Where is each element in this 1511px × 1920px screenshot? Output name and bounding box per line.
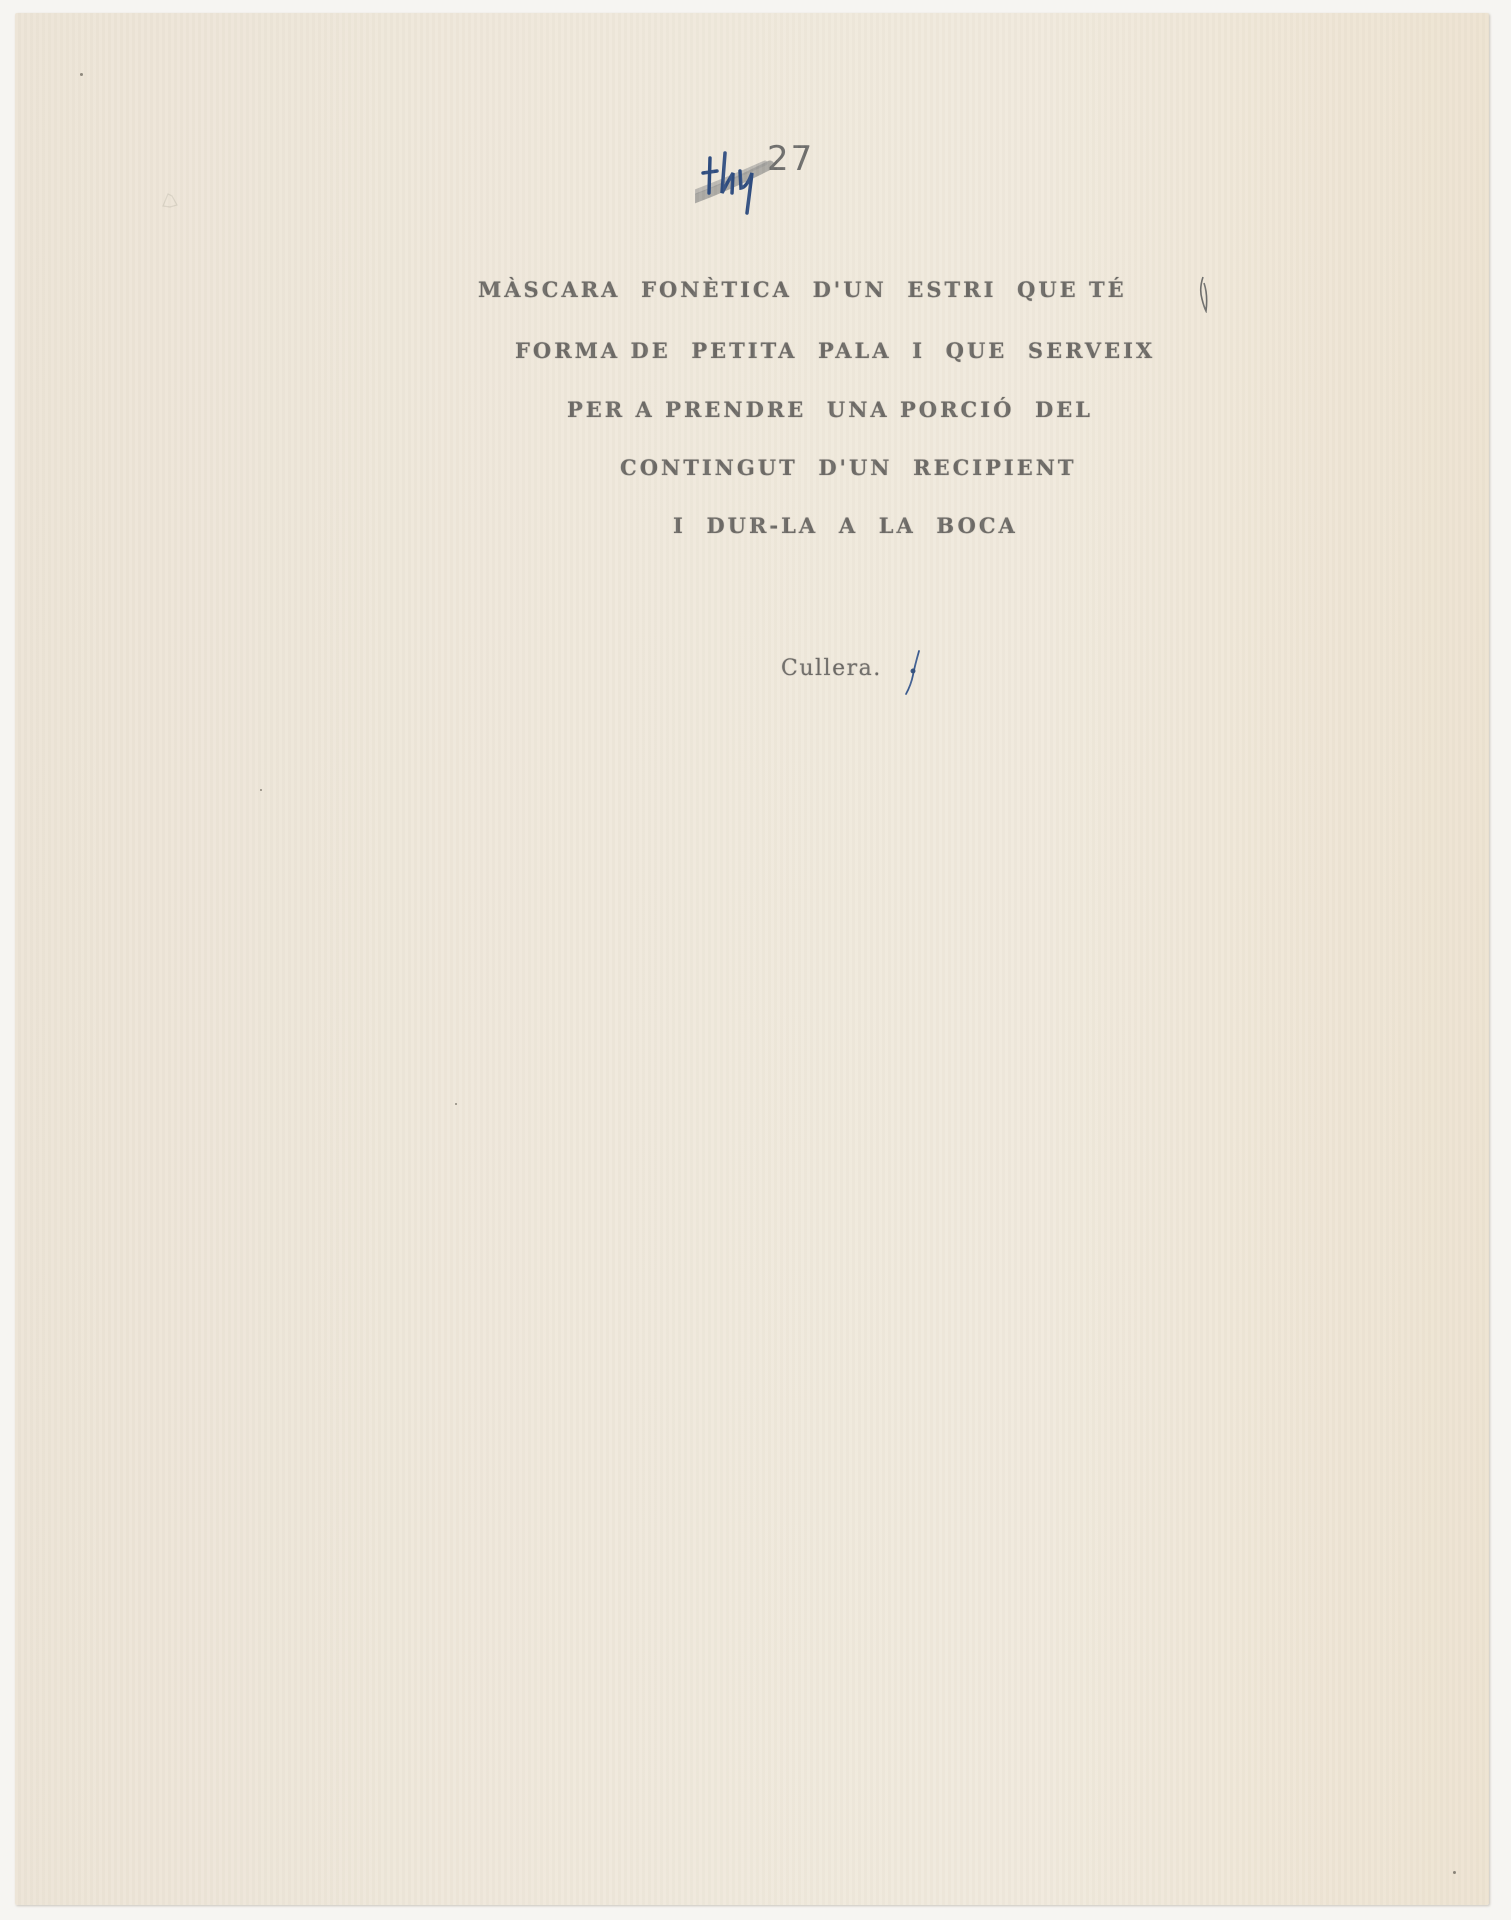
riddle-answer: Cullera. — [781, 656, 882, 681]
riddle-line-2: FORMA DE PETITA PALA I QUE SERVEIX — [515, 338, 1155, 363]
paper-speck — [260, 789, 262, 791]
riddle-line-1: MÀSCARA FONÈTICA D'UN ESTRI QUE TÉ — [478, 277, 1127, 302]
riddle-line-4: CONTINGUT D'UN RECIPIENT — [620, 455, 1077, 480]
ink-check-mark-icon — [903, 647, 923, 697]
paper-speck — [455, 1103, 457, 1105]
riddle-line-5: I DUR-LA A LA BOCA — [673, 513, 1018, 538]
document-page: 27 MÀSCARA FONÈTICA D'UN ESTRI QUE TÉ FO… — [15, 13, 1489, 1905]
page-number-annotation: 27 — [695, 143, 895, 223]
paper-speck — [1453, 1871, 1456, 1874]
pencil-check-mark-icon — [1198, 275, 1210, 313]
paper-speck — [80, 73, 83, 76]
riddle-line-3: PER A PRENDRE UNA PORCIÓ DEL — [567, 397, 1093, 422]
page-number-text: 27 — [767, 139, 814, 179]
embossed-mark — [160, 191, 180, 209]
